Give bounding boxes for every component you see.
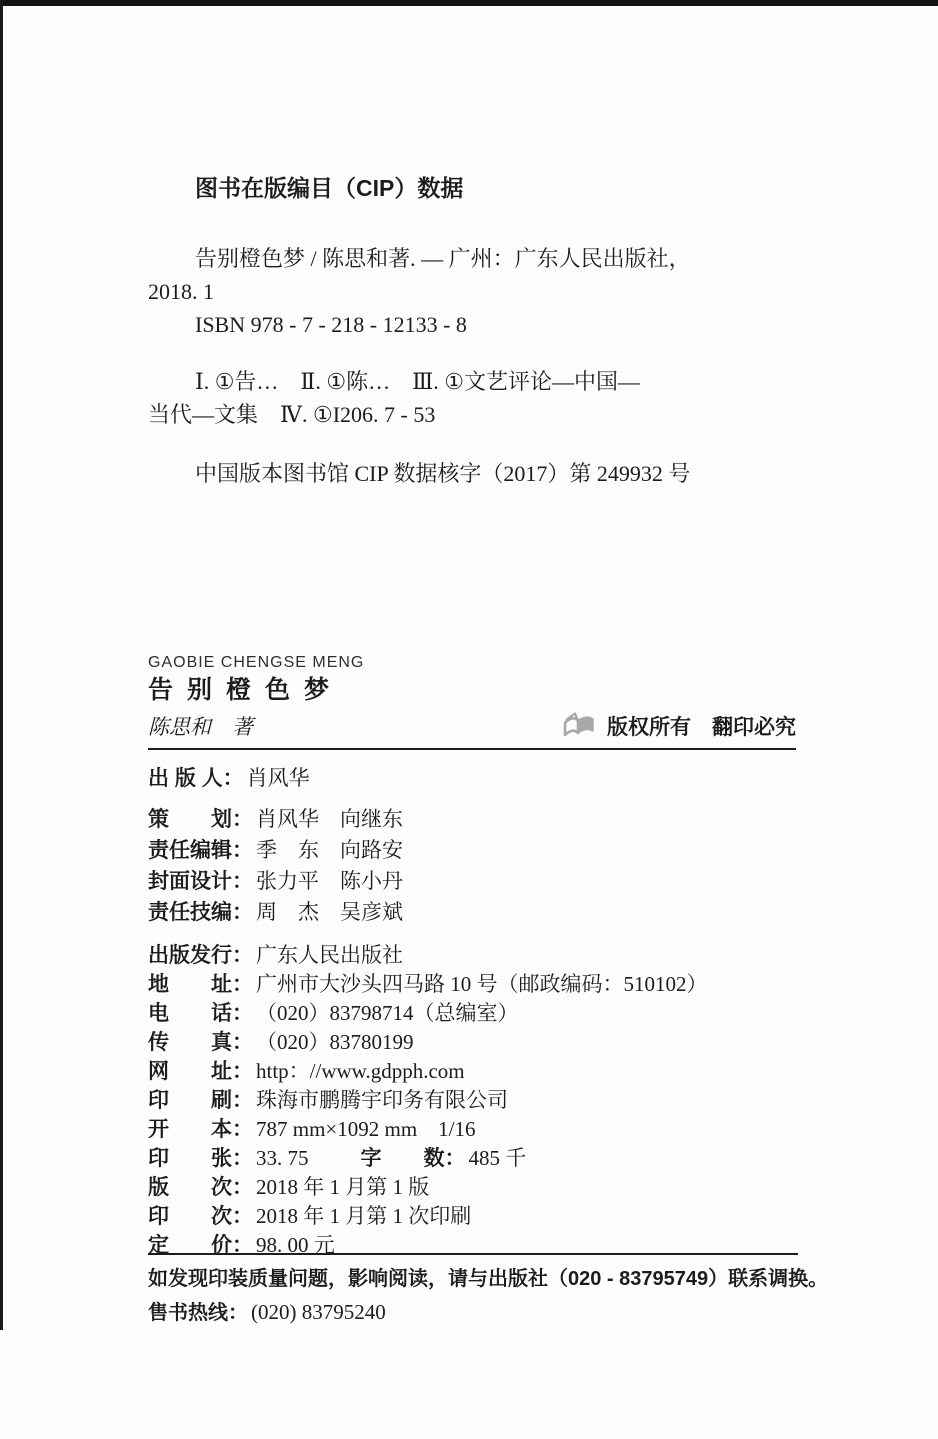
staff-label: 责任技编： [148, 898, 253, 928]
pub-value: 2018 年 1 月第 1 次印刷 [256, 1202, 471, 1230]
publisher-row: 出 版 人： 肖风华 [148, 762, 796, 792]
pub-value: 33. 75 [256, 1144, 309, 1172]
pub-label: 地 址： [148, 971, 253, 999]
pub-row-website: 网 址： http：//www.gdpph.com [148, 1057, 796, 1086]
pub-value: 787 mm×1092 mm 1/16 [256, 1115, 476, 1143]
pub-value: 广州市大沙头四马路 10 号（邮政编码：510102） [256, 970, 708, 998]
staff-label: 封面设计： [148, 867, 253, 897]
pub-row-sheets-wordcount: 印 张： 33. 75 字 数： 485 千 [148, 1144, 796, 1173]
pub-label: 网 址： [148, 1058, 253, 1086]
pub-row-printer: 印 刷： 珠海市鹏腾宇印务有限公司 [148, 1086, 796, 1115]
hotline-row: 售书热线： (020) 83795240 [148, 1296, 798, 1325]
staff-value: 张力平 陈小丹 [256, 866, 403, 896]
staff-row-planning: 策 划： 肖风华 向继东 [148, 804, 796, 835]
pub-label: 印 刷： [148, 1087, 253, 1115]
staff-row-cover-design: 封面设计： 张力平 陈小丹 [148, 866, 796, 897]
cip-isbn: ISBN 978 - 7 - 218 - 12133 - 8 [148, 308, 813, 341]
pub-row-format: 开 本： 787 mm×1092 mm 1/16 [148, 1115, 796, 1144]
cip-classification-line-1: Ⅰ. ①告… Ⅱ. ①陈… Ⅲ. ①文艺评论—中国— [148, 365, 813, 398]
staff-label: 责任编辑： [148, 836, 253, 866]
scan-left-edge [0, 0, 3, 1330]
staff-value: 季 东 向路安 [256, 835, 403, 865]
pub-label-wordcount: 字 数： [361, 1145, 466, 1173]
publisher-value: 肖风华 [247, 762, 310, 792]
cip-section: 图书在版编目（CIP）数据 告别橙色梦 / 陈思和著. — 广州：广东人民出版社… [148, 174, 813, 490]
pub-row-printing: 印 次： 2018 年 1 月第 1 次印刷 [148, 1202, 796, 1231]
title-pinyin: GAOBIE CHENGSE MENG [148, 653, 796, 672]
pub-row-fax: 传 真： （020）83780199 [148, 1028, 796, 1057]
staff-section: 策 划： 肖风华 向继东 责任编辑： 季 东 向路安 封面设计： 张力平 陈小丹… [148, 804, 796, 928]
cip-title-line-1: 告别橙色梦 / 陈思和著. — 广州：广东人民出版社， [148, 242, 813, 275]
cip-record-number: 中国版本图书馆 CIP 数据核字（2017）第 249932 号 [148, 457, 813, 490]
open-book-icon [562, 712, 596, 743]
pub-value: （020）83798714（总编室） [256, 999, 519, 1027]
hotline-value: (020) 83795240 [251, 1300, 386, 1325]
book-title: 告别橙色梦 [148, 675, 796, 705]
publishing-section: 出版发行： 广东人民出版社 地 址： 广州市大沙头四马路 10 号（邮政编码：5… [148, 941, 796, 1260]
colophon-header: GAOBIE CHENGSE MENG 告别橙色梦 陈思和 著 版权所有 翻印必… [148, 653, 796, 792]
copyright-notice: 版权所有 翻印必究 [562, 710, 796, 741]
staff-label: 策 划： [148, 805, 253, 835]
pub-label: 印 张： [148, 1145, 253, 1173]
cip-classification-line-2: 当代—文集 Ⅳ. ①I206. 7 - 53 [148, 398, 813, 431]
footer-section: 如发现印装质量问题，影响阅读，请与出版社（020 - 83795749）联系调换… [148, 1253, 798, 1325]
copyright-page: 图书在版编目（CIP）数据 告别橙色梦 / 陈思和著. — 广州：广东人民出版社… [0, 0, 938, 1439]
pub-row-address: 地 址： 广州市大沙头四马路 10 号（邮政编码：510102） [148, 970, 796, 999]
pub-value: http：//www.gdpph.com [256, 1057, 465, 1085]
staff-row-editor: 责任编辑： 季 东 向路安 [148, 835, 796, 866]
pub-value: 广东人民出版社 [256, 941, 403, 969]
pub-value-wordcount: 485 千 [469, 1144, 527, 1172]
pub-value: （020）83780199 [256, 1028, 414, 1056]
pub-label: 印 次： [148, 1203, 253, 1231]
pub-row-edition: 版 次： 2018 年 1 月第 1 版 [148, 1173, 796, 1202]
cip-heading: 图书在版编目（CIP）数据 [148, 174, 813, 202]
pub-row-phone: 电 话： （020）83798714（总编室） [148, 999, 796, 1028]
publisher-label: 出 版 人： [148, 762, 244, 792]
staff-value: 肖风华 向继东 [256, 804, 403, 834]
staff-value: 周 杰 吴彦斌 [256, 897, 403, 927]
scan-top-edge [0, 0, 938, 6]
cip-title-line-2: 2018. 1 [148, 275, 813, 308]
pub-label: 电 话： [148, 1000, 253, 1028]
pub-label: 传 真： [148, 1029, 253, 1057]
pub-value: 2018 年 1 月第 1 版 [256, 1173, 429, 1201]
quality-notice: 如发现印装质量问题，影响阅读，请与出版社（020 - 83795749）联系调换… [148, 1264, 798, 1294]
pub-label: 版 次： [148, 1174, 253, 1202]
pub-label: 开 本： [148, 1116, 253, 1144]
author-name: 陈思和 著 [148, 711, 253, 741]
staff-row-technical-editor: 责任技编： 周 杰 吴彦斌 [148, 897, 796, 928]
pub-label: 出版发行： [148, 942, 253, 970]
pub-row-publisher: 出版发行： 广东人民出版社 [148, 941, 796, 970]
pub-value: 珠海市鹏腾宇印务有限公司 [256, 1086, 508, 1114]
author-row: 陈思和 著 版权所有 翻印必究 [148, 710, 796, 750]
hotline-label: 售书热线： [148, 1296, 248, 1325]
copyright-text: 版权所有 翻印必究 [607, 711, 796, 741]
